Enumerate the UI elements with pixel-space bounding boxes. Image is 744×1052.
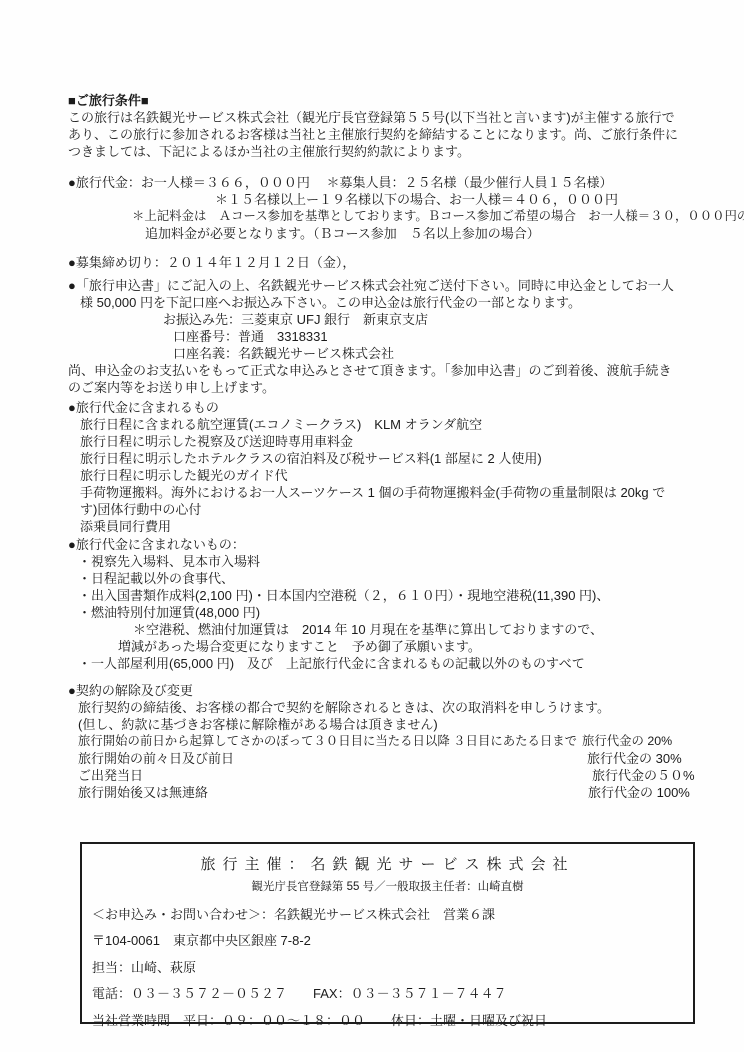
cancellation-period: ご出発当日	[78, 768, 143, 783]
fuel-surcharge-note-cont: 増減があった場合変更になりますこと 予め御了承願います。	[118, 638, 704, 655]
cancellation-fee-row: 旅行開始の前日から起算してさかのぼって３０日目に当たる日以降 ３日目にあたる日ま…	[78, 733, 704, 750]
included-item: 旅行日程に含まれる航空運賃(エコノミークラス) KLM オランダ航空	[80, 416, 704, 433]
included-item: す)団体行動中の心付	[80, 501, 704, 518]
organizer-title: 旅行主催：名鉄観光サービス株式会社	[92, 856, 683, 873]
excluded-item: ・日程記載以外の食事代、	[78, 570, 704, 587]
organizer-hours: 当社営業時間 平日：０９：００～１８：００ 休日：土曜・日曜及び祝日	[92, 1012, 683, 1029]
excluded-item: ・燃油特別付加運賃(48,000 円)	[78, 604, 704, 621]
cancellation-fee-row: 旅行開始後又は無連絡 旅行代金の 100%	[78, 784, 704, 801]
fuel-surcharge-note: ＊空港税、燃油付加運賃は 2014 年 10 月現在を基準に算出しておりますので…	[133, 621, 704, 638]
excluded-item: ・一人部屋利用(65,000 円) 及び 上記旅行代金に含まれるもの記載以外のも…	[78, 655, 704, 672]
cancellation-line: (但し、約款に基づきお客様に解除権がある場合は頂きません)	[78, 716, 704, 733]
application-line: のご案内等をお送り申し上げます。	[68, 379, 704, 396]
included-item: 旅行日程に明示した観光のガイド代	[80, 467, 704, 484]
cancellation-section: ●契約の解除及び変更 旅行契約の締結後、お客様の都合で契約を解除されるときは、次…	[68, 682, 704, 801]
organizer-phone-fax: 電話：０３－３５７２－０５２７ FAX：０３－３５７１－７４４７	[92, 985, 683, 1002]
included-heading: ●旅行代金に含まれるもの	[68, 399, 704, 416]
excluded-item: ・視察先入場料、見本市入場料	[78, 553, 704, 570]
price-section: ●旅行代金：お一人様＝３６６，０００円 ＊募集人員：２５名様（最少催行人員１５名…	[68, 174, 704, 242]
organizer-address: 〒104-0061 東京都中央区銀座 7-8-2	[92, 932, 683, 949]
included-item: 旅行日程に明示したホテルクラスの宿泊料及び税サービス料(1 部屋に 2 人使用)	[80, 450, 704, 467]
intro-paragraph: この旅行は名鉄観光サービス株式会社（観光庁長官登録第５５号(以下当社と言います)…	[68, 109, 704, 160]
cancellation-fee: 旅行代金の 100%	[588, 784, 690, 801]
application-line: 尚、申込金のお支払いをもって正式な申込みとさせて頂きます。「参加申込書」のご到着…	[68, 362, 704, 379]
price-note-course-cont: 追加料金が必要となります。（Ｂコース参加 ５名以上参加の場合）	[145, 225, 704, 242]
price-note-group-size: ＊１５名様以上ー１９名様以下の場合、お一人様＝４０６，０００円	[215, 191, 704, 208]
bank-name: お振込み先：三菱東京 UFJ 銀行 新東京支店	[163, 311, 704, 328]
included-item: 添乗員同行費用	[80, 518, 704, 535]
excluded-item: ・出入国書類作成料(2,100 円)・日本国内空港税（２，６１０円）・現地空港税…	[78, 587, 704, 604]
application-line: 様 50,000 円を下記口座へお振込み下さい。この申込金は旅行代金の一部となり…	[80, 294, 704, 311]
deadline-line: ●募集締め切り：２０１４年１２月１２日（金），	[68, 254, 704, 271]
cancellation-fee-row: ご出発当日 旅行代金の５０%	[78, 767, 704, 784]
cancellation-fee-row: 旅行開始の前々日及び前日 旅行代金の 30%	[78, 750, 704, 767]
deadline-section: ●募集締め切り：２０１４年１２月１２日（金），	[68, 254, 704, 271]
application-section: ●「旅行申込書」にご記入の上、名鉄観光サービス株式会社宛ご送付下さい。同時に申込…	[68, 277, 704, 396]
price-note-course: ＊上記料金は Ａコース参加を基準としております。Ｂコース参加ご希望の場合 お一人…	[132, 208, 704, 225]
excluded-heading: ●旅行代金に含まれないもの：	[68, 536, 704, 553]
cancellation-period: 旅行開始後又は無連絡	[78, 785, 208, 800]
included-item: 手荷物運搬料。海外におけるお一人スーツケース 1 個の手荷物運搬料金(手荷物の重…	[80, 484, 704, 501]
cancellation-heading: ●契約の解除及び変更	[68, 682, 704, 699]
cancellation-fee: 旅行代金の 20%	[582, 733, 672, 750]
intro-line: つきましては、下記によるほか当社の主催旅行契約約款によります。	[68, 143, 704, 160]
organizer-registration: 観光庁長官登録第 55 号／一般取扱主任者：山崎直樹	[92, 879, 683, 896]
organizer-contact: ＜お申込み・お問い合わせ＞：名鉄観光サービス株式会社 営業６課	[92, 906, 683, 923]
organizer-staff: 担当：山崎、萩原	[92, 959, 683, 976]
organizer-contact-box: 旅行主催：名鉄観光サービス株式会社 観光庁長官登録第 55 号／一般取扱主任者：…	[80, 842, 695, 1024]
cancellation-fee: 旅行代金の 30%	[587, 750, 682, 767]
excluded-section: ●旅行代金に含まれないもの： ・視察先入場料、見本市入場料 ・日程記載以外の食事…	[68, 536, 704, 672]
account-name: 口座名義：名鉄観光サービス株式会社	[173, 345, 704, 362]
account-number: 口座番号：普通 3318331	[173, 328, 704, 345]
travel-conditions-document: ■ご旅行条件■ この旅行は名鉄観光サービス株式会社（観光庁長官登録第５５号(以下…	[0, 0, 744, 1052]
intro-line: この旅行は名鉄観光サービス株式会社（観光庁長官登録第５５号(以下当社と言います)…	[68, 109, 704, 126]
included-section: ●旅行代金に含まれるもの 旅行日程に含まれる航空運賃(エコノミークラス) KLM…	[68, 399, 704, 535]
included-item: 旅行日程に明示した視察及び送迎時専用車料金	[80, 433, 704, 450]
application-line: ●「旅行申込書」にご記入の上、名鉄観光サービス株式会社宛ご送付下さい。同時に申込…	[68, 277, 704, 294]
cancellation-fee: 旅行代金の５０%	[592, 767, 695, 784]
cancellation-period: 旅行開始の前日から起算してさかのぼって３０日目に当たる日以降 ３日目にあたる日ま…	[78, 734, 577, 748]
cancellation-period: 旅行開始の前々日及び前日	[78, 751, 234, 766]
cancellation-line: 旅行契約の締結後、お客様の都合で契約を解除されるときは、次の取消料を申しうけます…	[78, 699, 704, 716]
price-main: ●旅行代金：お一人様＝３６６，０００円 ＊募集人員：２５名様（最少催行人員１５名…	[68, 174, 704, 191]
intro-line: あり、この旅行に参加されるお客様は当社と主催旅行契約を締結することになります。尚…	[68, 126, 704, 143]
document-heading: ■ご旅行条件■	[68, 92, 704, 109]
